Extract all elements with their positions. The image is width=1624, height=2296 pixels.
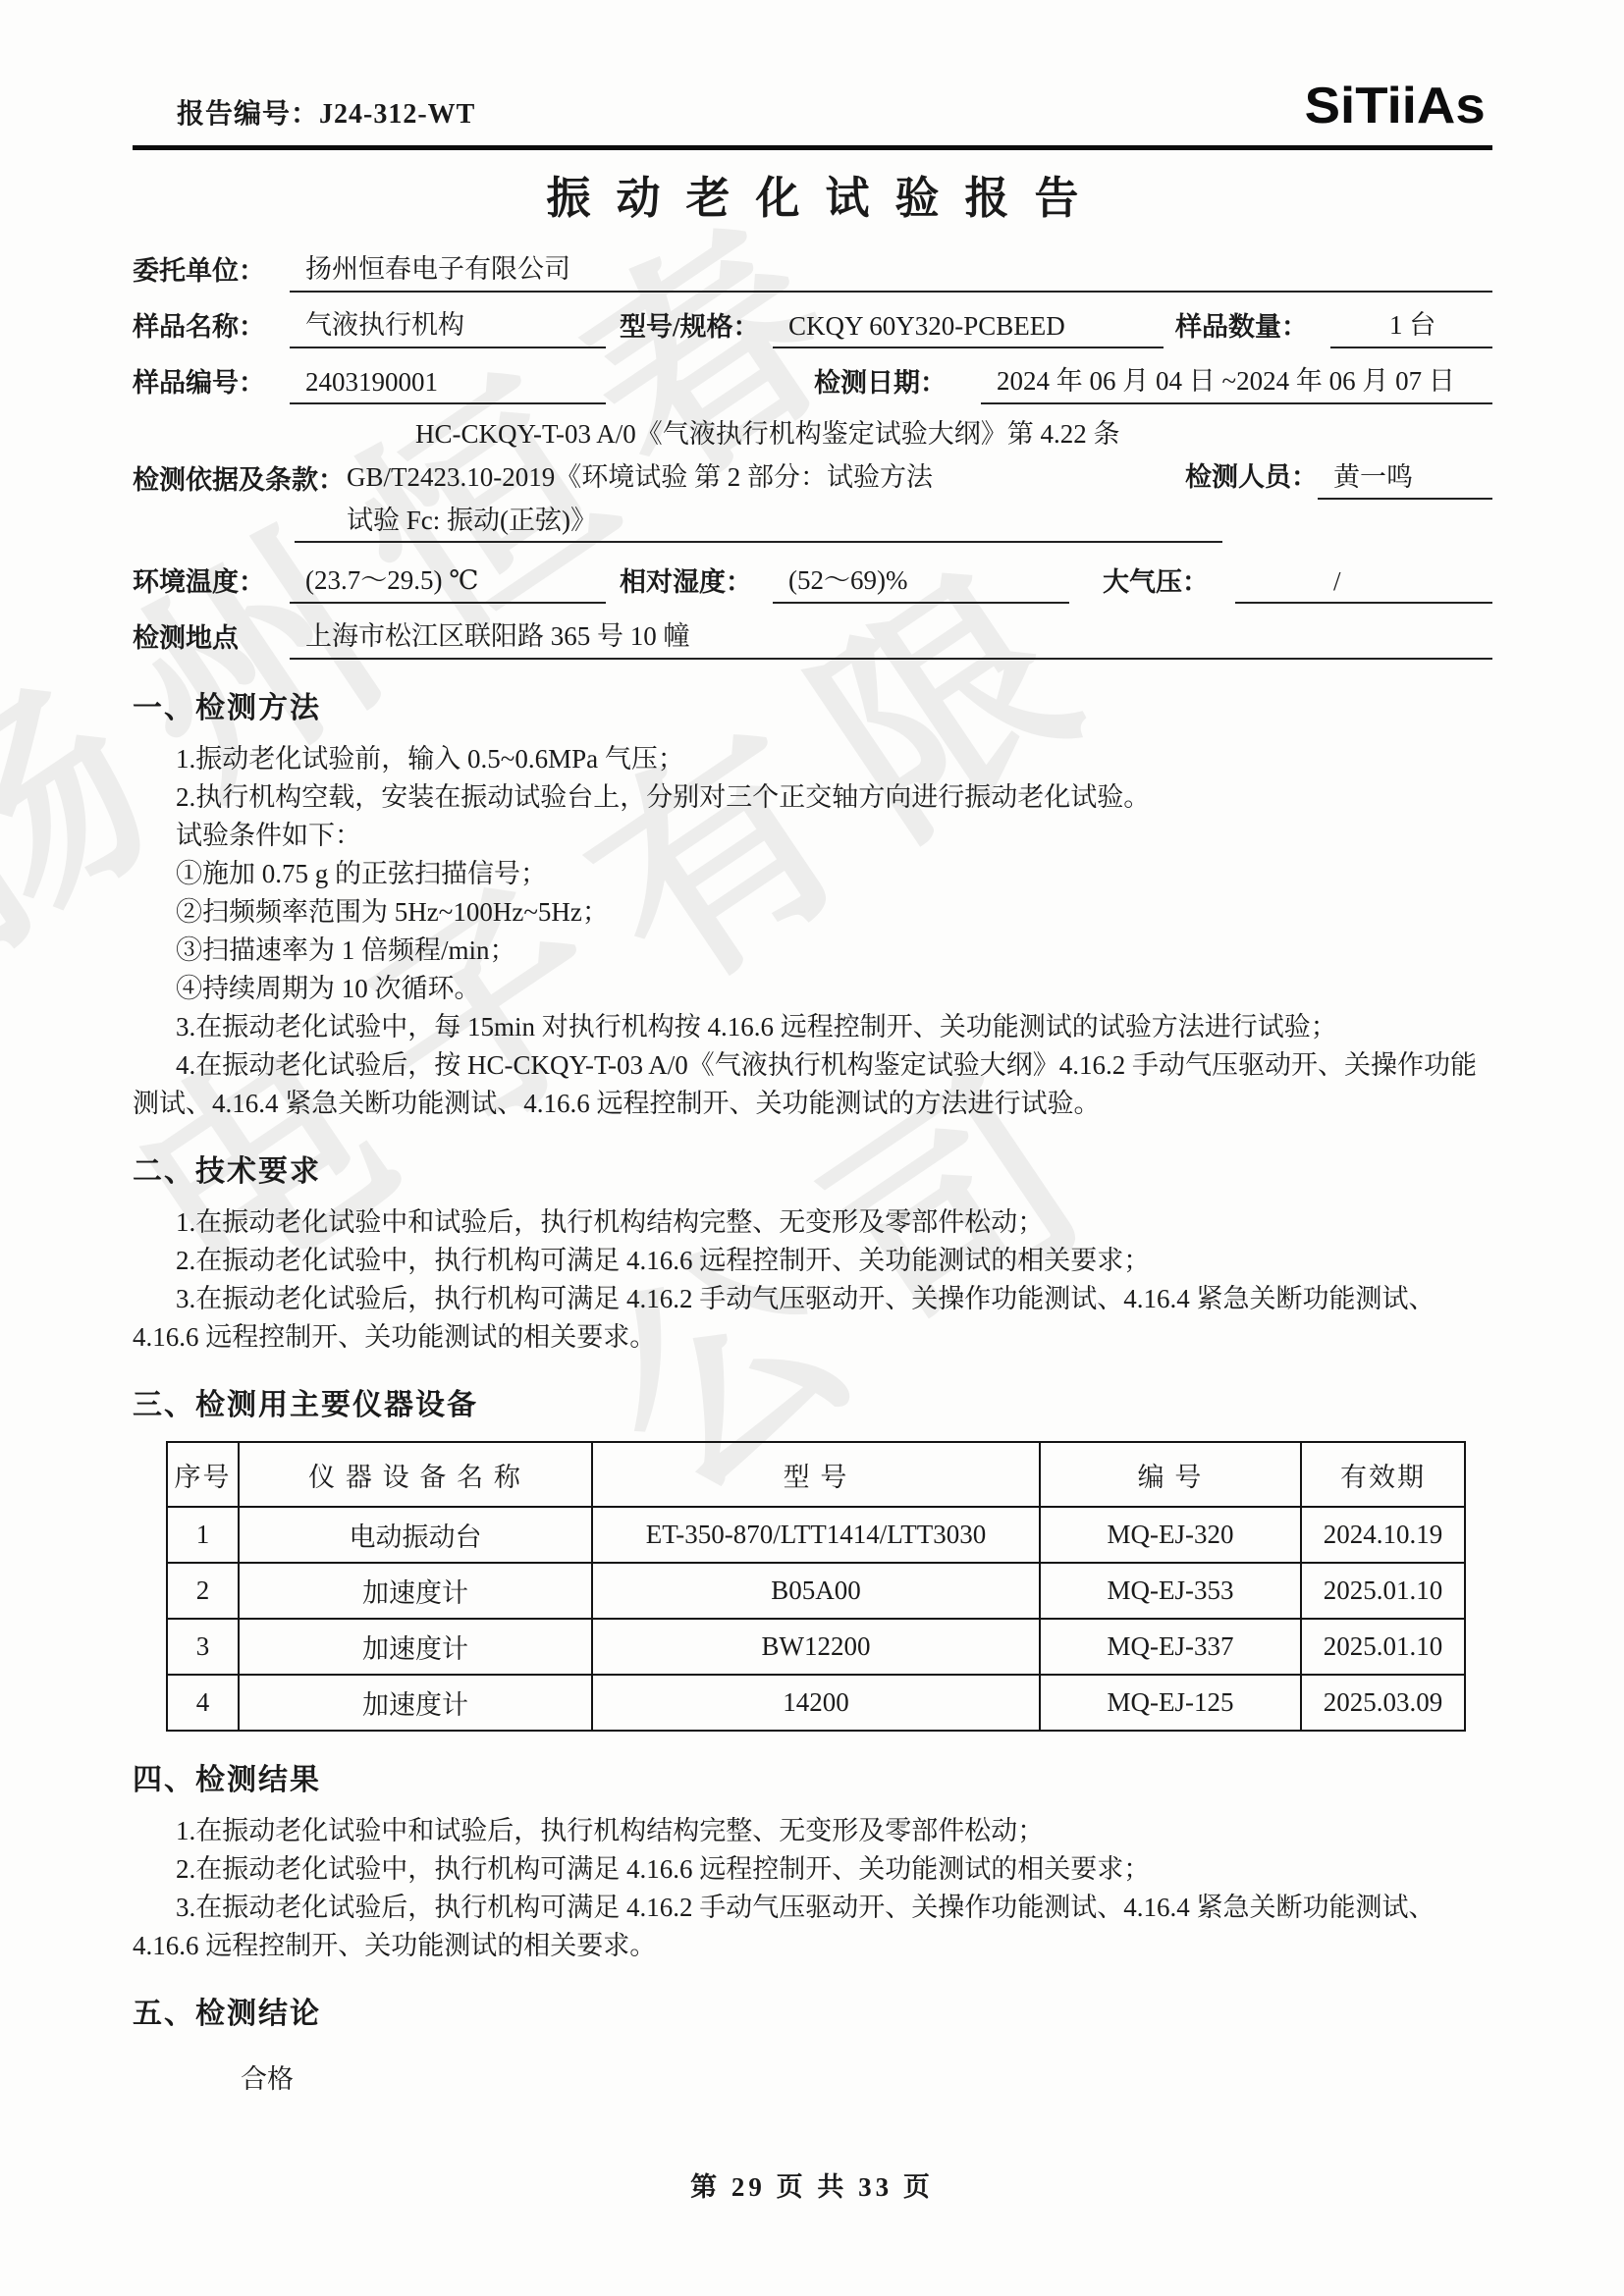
cell-index: 2 <box>167 1563 239 1619</box>
instruments-table: 序号 仪 器 设 备 名 称 型 号 编 号 有效期 1 电动振动台 ET-35… <box>166 1441 1466 1732</box>
cell-serial: MQ-EJ-353 <box>1040 1563 1301 1619</box>
col-header-validity: 有效期 <box>1301 1442 1465 1507</box>
method-para: ①施加 0.75 g 的正弦扫描信号； <box>133 855 1492 893</box>
basis-line-1: HC-CKQY-T-03 A/0《气液执行机构鉴定试验大纲》第 4.22 条 <box>347 412 1175 455</box>
row-sample-name: 样品名称： 气液执行机构 型号/规格： CKQY 60Y320-PCBEED 样… <box>133 297 1492 348</box>
col-header-index: 序号 <box>167 1442 239 1507</box>
cell-serial: MQ-EJ-125 <box>1040 1675 1301 1731</box>
cell-index: 4 <box>167 1675 239 1731</box>
section-instruments-heading: 三、检测用主要仪器设备 <box>133 1380 1492 1423</box>
inspector-value: 黄一鸣 <box>1318 455 1492 500</box>
qty-value: 1 台 <box>1330 303 1492 348</box>
method-para: 2.执行机构空载，安装在振动试验台上，分别对三个正交轴方向进行振动老化试验。 <box>133 778 1492 817</box>
temp-value: (23.7～29.5) ℃ <box>290 559 606 604</box>
section-method-body: 1.振动老化试验前，输入 0.5~0.6MPa 气压； 2.执行机构空载，安装在… <box>133 740 1492 1123</box>
table-row: 3 加速度计 BW12200 MQ-EJ-337 2025.01.10 <box>167 1619 1465 1675</box>
method-para: 4.在振动老化试验后，按 HC-CKQY-T-03 A/0《气液执行机构鉴定试验… <box>133 1046 1492 1123</box>
section-requirements-heading: 二、技术要求 <box>133 1147 1492 1190</box>
section-results-heading: 四、检测结果 <box>133 1755 1492 1798</box>
basis-line-3: 试验 Fc: 振动(正弦)》 <box>347 499 1175 542</box>
cell-index: 1 <box>167 1507 239 1563</box>
page-number: 第 29 页 共 33 页 <box>0 2165 1624 2204</box>
report-title: 振动老化试验报告 <box>158 162 1492 226</box>
cell-name: 加速度计 <box>239 1675 592 1731</box>
report-content: 报告编号：J24-312-WT SiTiiAs 振动老化试验报告 委托单位： 扬… <box>0 0 1624 2096</box>
method-para: ④持续周期为 10 次循环。 <box>133 970 1492 1008</box>
location-label: 检测地点 <box>133 616 290 660</box>
result-para: 1.在振动老化试验中和试验后，执行机构结构完整、无变形及零部件松动； <box>133 1812 1492 1850</box>
cell-model: 14200 <box>592 1675 1040 1731</box>
inspector-label: 检测人员： <box>1185 455 1318 499</box>
cell-validity: 2025.01.10 <box>1301 1619 1465 1675</box>
requirement-para: 1.在振动老化试验中和试验后，执行机构结构完整、无变形及零部件松动； <box>133 1203 1492 1242</box>
page-header: 报告编号：J24-312-WT SiTiiAs <box>133 80 1492 132</box>
basis-underline <box>295 541 1222 543</box>
row-location: 检测地点 上海市松江区联阳路 365 号 10 幢 <box>133 609 1492 660</box>
location-value: 上海市松江区联阳路 365 号 10 幢 <box>290 614 1492 660</box>
client-label: 委托单位： <box>133 249 290 293</box>
row-environment: 环境温度： (23.7～29.5) ℃ 相对湿度： (52～69)% 大气压： … <box>133 553 1492 604</box>
cell-model: ET-350-870/LTT1414/LTT3030 <box>592 1507 1040 1563</box>
method-para: 1.振动老化试验前，输入 0.5~0.6MPa 气压； <box>133 740 1492 778</box>
basis-line-2: GB/T2423.10-2019《环境试验 第 2 部分：试验方法 <box>347 455 1175 499</box>
cell-validity: 2025.03.09 <box>1301 1675 1465 1731</box>
temp-label: 环境温度： <box>133 561 290 604</box>
section-conclusion-heading: 五、检测结论 <box>133 1989 1492 2032</box>
cell-name: 电动振动台 <box>239 1507 592 1563</box>
header-rule <box>133 145 1492 150</box>
basis-lines: HC-CKQY-T-03 A/0《气液执行机构鉴定试验大纲》第 4.22 条 G… <box>347 409 1175 545</box>
pressure-value: / <box>1235 566 1492 604</box>
qty-label: 样品数量： <box>1164 305 1330 348</box>
result-para: 2.在振动老化试验中，执行机构可满足 4.16.6 远程控制开、关功能测试的相关… <box>133 1850 1492 1889</box>
col-header-name: 仪 器 设 备 名 称 <box>239 1442 592 1507</box>
method-para: 3.在振动老化试验中，每 15min 对执行机构按 4.16.6 远程控制开、关… <box>133 1008 1492 1046</box>
report-page: 扬州恒春电子有限公司 报告编号：J24-312-WT SiTiiAs 振动老化试… <box>0 0 1624 2296</box>
cell-model: B05A00 <box>592 1563 1040 1619</box>
cell-name: 加速度计 <box>239 1619 592 1675</box>
table-row: 2 加速度计 B05A00 MQ-EJ-353 2025.01.10 <box>167 1563 1465 1619</box>
cell-serial: MQ-EJ-320 <box>1040 1507 1301 1563</box>
inspector-field: 检测人员： 黄一鸣 <box>1175 409 1492 545</box>
col-header-serial: 编 号 <box>1040 1442 1301 1507</box>
sitiias-logo: SiTiiAs <box>1304 80 1485 132</box>
method-para: 试验条件如下： <box>133 817 1492 855</box>
date-value: 2024 年 06 月 04 日 ~2024 年 06 月 07 日 <box>981 359 1492 404</box>
table-header-row: 序号 仪 器 设 备 名 称 型 号 编 号 有效期 <box>167 1442 1465 1507</box>
pressure-label: 大气压： <box>1103 561 1235 604</box>
method-para: ③扫描速率为 1 倍频程/min； <box>133 932 1492 970</box>
sample-no-label: 样品编号： <box>133 361 290 404</box>
section-method-heading: 一、检测方法 <box>133 683 1492 726</box>
basis-label: 检测依据及条款： <box>133 458 347 497</box>
cell-index: 3 <box>167 1619 239 1675</box>
table-row: 4 加速度计 14200 MQ-EJ-125 2025.03.09 <box>167 1675 1465 1731</box>
cell-validity: 2024.10.19 <box>1301 1507 1465 1563</box>
row-sample-no: 样品编号： 2403190001 检测日期： 2024 年 06 月 04 日 … <box>133 353 1492 404</box>
model-label: 型号/规格： <box>606 305 773 348</box>
report-number: 报告编号：J24-312-WT <box>177 92 475 132</box>
cell-serial: MQ-EJ-337 <box>1040 1619 1301 1675</box>
sample-name-value: 气液执行机构 <box>290 303 606 348</box>
client-value: 扬州恒春电子有限公司 <box>290 247 1492 293</box>
sample-no-value: 2403190001 <box>290 367 606 404</box>
sample-name-label: 样品名称： <box>133 305 290 348</box>
cell-name: 加速度计 <box>239 1563 592 1619</box>
requirement-para: 2.在振动老化试验中，执行机构可满足 4.16.6 远程控制开、关功能测试的相关… <box>133 1242 1492 1280</box>
col-header-model: 型 号 <box>592 1442 1040 1507</box>
cell-model: BW12200 <box>592 1619 1040 1675</box>
result-para: 3.在振动老化试验后，执行机构可满足 4.16.2 手动气压驱动开、关操作功能测… <box>133 1889 1492 1965</box>
conclusion-value: 合格 <box>241 2057 1492 2096</box>
model-value: CKQY 60Y320-PCBEED <box>773 311 1164 348</box>
row-basis: 检测依据及条款： HC-CKQY-T-03 A/0《气液执行机构鉴定试验大纲》第… <box>133 409 1492 545</box>
section-requirements-body: 1.在振动老化试验中和试验后，执行机构结构完整、无变形及零部件松动； 2.在振动… <box>133 1203 1492 1357</box>
row-client: 委托单位： 扬州恒春电子有限公司 <box>133 241 1492 293</box>
humidity-label: 相对湿度： <box>606 561 773 604</box>
humidity-value: (52～69)% <box>773 559 1069 604</box>
cell-validity: 2025.01.10 <box>1301 1563 1465 1619</box>
method-para: ②扫频频率范围为 5Hz~100Hz~5Hz； <box>133 893 1492 932</box>
requirement-para: 3.在振动老化试验后，执行机构可满足 4.16.2 手动气压驱动开、关操作功能测… <box>133 1280 1492 1357</box>
section-results-body: 1.在振动老化试验中和试验后，执行机构结构完整、无变形及零部件松动； 2.在振动… <box>133 1812 1492 1965</box>
table-row: 1 电动振动台 ET-350-870/LTT1414/LTT3030 MQ-EJ… <box>167 1507 1465 1563</box>
date-label: 检测日期： <box>814 361 981 404</box>
